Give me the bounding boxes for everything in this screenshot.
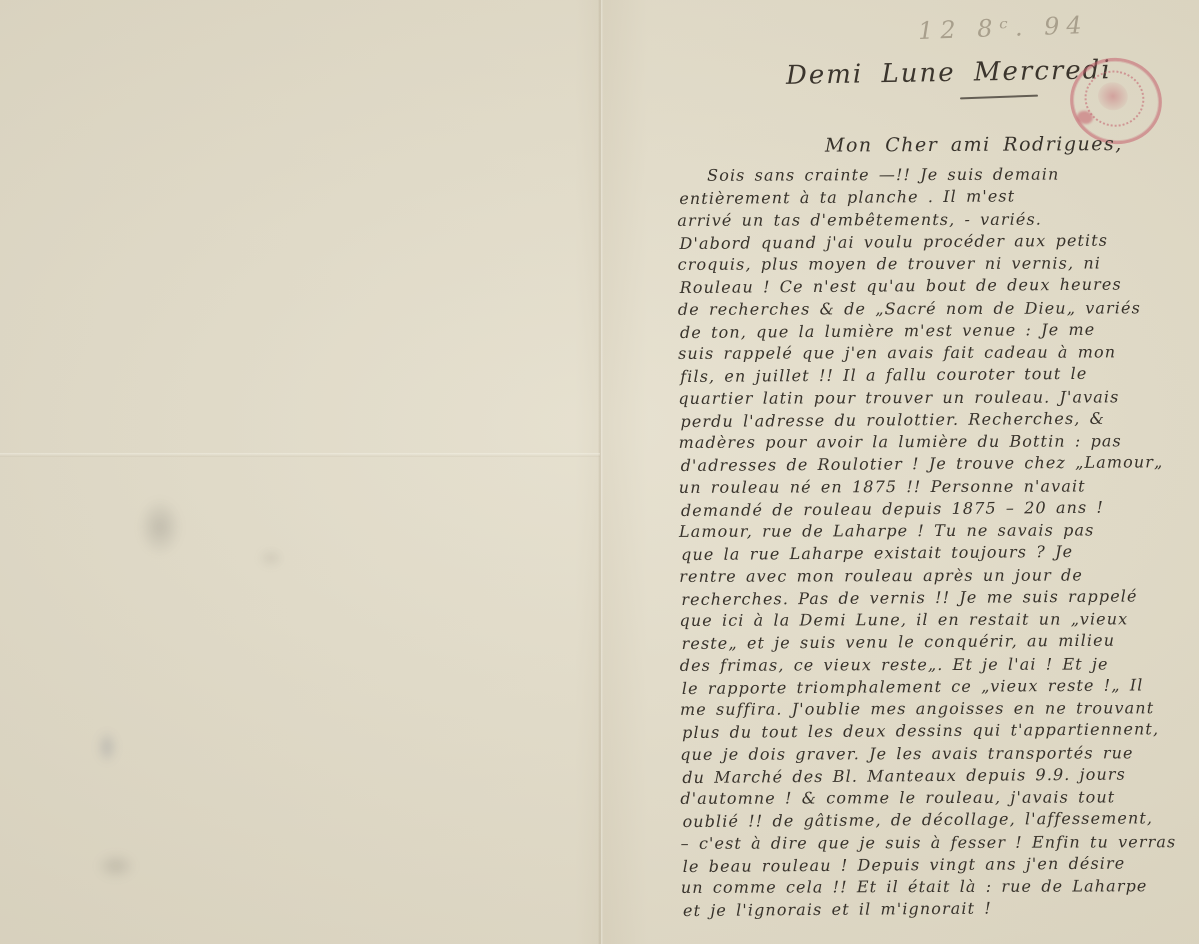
letter-line: le beau rouleau ! Depuis vingt ans j'en … bbox=[683, 853, 1199, 879]
letter-line: le rapporte triomphalement ce „vieux res… bbox=[682, 675, 1199, 701]
letter-line: que ici à la Demi Lune, il en restait un… bbox=[679, 609, 1199, 633]
letter-line: croquis, plus moyen de trouver ni vernis… bbox=[678, 253, 1198, 277]
letter-line: Rouleau ! Ce n'est qu'au bout de deux he… bbox=[680, 274, 1199, 300]
letter-line: fils, en juillet !! Il a fallu couroter … bbox=[680, 363, 1199, 389]
letter-line: un rouleau né en 1875 !! Personne n'avai… bbox=[679, 476, 1199, 500]
letter-line: d'adresses de Roulotier ! Je trouve chez… bbox=[681, 452, 1199, 478]
letter-line: des frimas, ce vieux reste„. Et je l'ai … bbox=[680, 654, 1199, 678]
letter-line: de recherches & de „Sacré nom de Dieu„ v… bbox=[678, 298, 1198, 322]
letter-line: reste„ et je suis venu le conquérir, au … bbox=[682, 630, 1199, 656]
letter-line: demandé de rouleau depuis 1875 – 20 ans … bbox=[681, 497, 1199, 523]
ink-smudge bbox=[96, 852, 136, 880]
letter-line: que je dois graver. Je les avais transpo… bbox=[680, 743, 1199, 767]
heading-underline-flourish bbox=[960, 95, 1038, 100]
ink-smudge bbox=[138, 498, 182, 556]
letter-line: rentre avec mon rouleau après un jour de bbox=[679, 565, 1199, 589]
salutation: Mon Cher ami Rodrigues, bbox=[825, 133, 1197, 166]
letterhead-place-date: Demi Lune Mercredi bbox=[786, 55, 1112, 91]
letter-line: suis rappelé que j'en avais fait cadeau … bbox=[678, 342, 1198, 366]
horizontal-fold-crease bbox=[0, 453, 600, 457]
letter-line: du Marché des Bl. Manteaux depuis 9.9. j… bbox=[682, 764, 1199, 790]
pencil-archival-date: 12 8ᶜ. 94 bbox=[918, 11, 1090, 45]
letter-line: – c'est à dire que je suis à fesser ! En… bbox=[681, 832, 1199, 856]
letter-line: d'automne ! & comme le rouleau, j'avais … bbox=[680, 787, 1199, 811]
letter-line: me suffira. J'oublie mes angoisses en ne… bbox=[680, 698, 1199, 722]
letter-line: entièrement à ta planche . Il m'est bbox=[679, 185, 1199, 211]
ink-smudge bbox=[96, 730, 118, 764]
ink-smudge bbox=[258, 548, 284, 568]
letter-scan: 12 8ᶜ. 94 Demi Lune Mercredi Mon Cher am… bbox=[0, 0, 1199, 944]
letter-body: Mon Cher ami Rodrigues, Sois sans craint… bbox=[677, 133, 1199, 923]
letter-line: quartier latin pour trouver un rouleau. … bbox=[678, 387, 1198, 411]
letter-line: arrivé un tas d'embêtements, - variés. bbox=[677, 209, 1197, 233]
letter-line: de ton, que la lumière m'est venue : Je … bbox=[680, 319, 1199, 345]
center-fold-crease bbox=[598, 0, 603, 944]
letter-line: oublié !! de gâtisme, de décollage, l'af… bbox=[682, 808, 1199, 834]
letter-line: D'abord quand j'ai voulu procéder aux pe… bbox=[679, 230, 1199, 256]
letter-line: recherches. Pas de vernis !! Je me suis … bbox=[681, 586, 1199, 612]
letter-line: perdu l'adresse du roulottier. Recherche… bbox=[680, 408, 1199, 434]
letter-line: plus du tout les deux dessins qui t'appa… bbox=[682, 719, 1199, 745]
letter-line: Lamour, rue de Laharpe ! Tu ne savais pa… bbox=[679, 520, 1199, 544]
letter-line: madères pour avoir la lumière du Bottin … bbox=[679, 431, 1199, 455]
letter-line: que la rue Laharpe existait toujours ? J… bbox=[681, 541, 1199, 567]
letter-line: et je l'ignorais et il m'ignorait ! bbox=[683, 897, 1199, 923]
letter-line: Sois sans crainte —!! Je suis demain bbox=[707, 164, 1197, 188]
letter-line: un comme cela !! Et il était là : rue de… bbox=[681, 876, 1199, 900]
